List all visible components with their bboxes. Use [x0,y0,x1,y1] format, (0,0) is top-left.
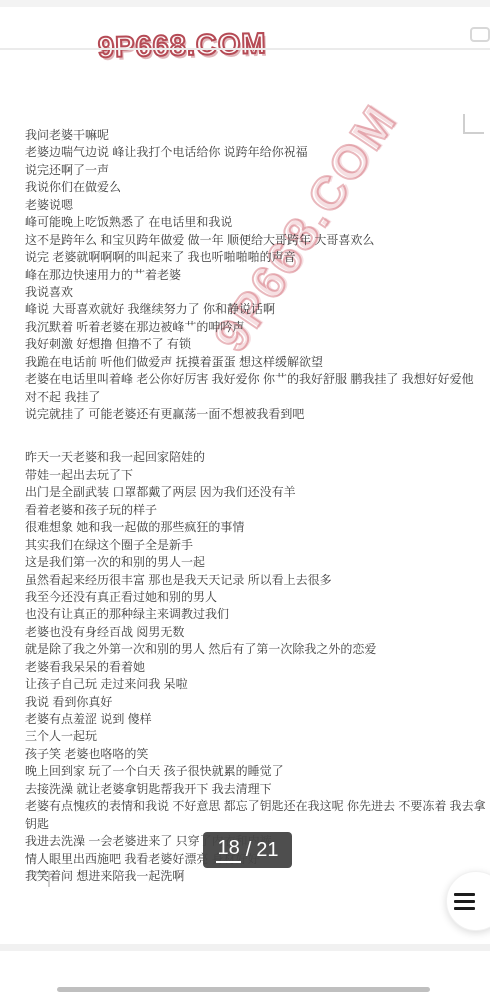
story-line: 我说喜欢 [25,284,490,301]
story-line: 我好刺激 好想撸 但撸不了 有锁 [25,336,490,353]
story-line: 这是我们第一次的和别的男人一起 [25,554,490,571]
story-line: 就是除了我之外第一次和别的男人 然后有了第一次除我之外的恋爱 [25,641,490,658]
story-line: 说完就挂了 可能老婆还有更赢荡一面不想被我看到吧 [25,406,490,423]
reader-page: 9P668.COM 9P668.COM 我问老婆干嘛呢老婆边喘气边说 峰让我打个… [0,0,490,1000]
story-line: 也没有让真正的那种绿主来调教过我们 [25,606,490,623]
story-line: 老婆看我呆呆的看着她 [25,659,490,676]
story-line: 我至今还没有真正看过她和别的男人 [25,589,490,606]
story-line: 三个人一起玩 [25,728,490,745]
site-watermark-header: 9P668.COM [98,28,267,65]
story-line: 去接洗澡 就让老婆拿钥匙帮我开下 我去清理下 [25,781,490,798]
story-text: 我问老婆干嘛呢老婆边喘气边说 峰让我打个电话给你 说跨年给你祝福说完还啊了一声我… [25,127,490,885]
story-line: 峰在那边快速用力的艹着老婆 [25,267,490,284]
story-line: 我说你们在做爱么 [25,179,490,196]
story-line: 我问老婆干嘛呢 [25,127,490,144]
story-line: 看着老婆和孩子玩的样子 [25,502,490,519]
story-line: 说完 老婆就啊啊啊的叫起来了 我也听啪啪啪的声音 [25,249,490,266]
story-line: 很难想象 她和我一起做的那些疯狂的事情 [25,519,490,536]
story-line: 虽然看起来经历很丰富 那也是我天天记录 所以看上去很多 [25,572,490,589]
hamburger-icon [454,893,475,910]
story-line: 说完还啊了一声 [25,162,490,179]
story-line: 老婆也没有身经百战 阅男无数 [25,624,490,641]
story-line: 让孩子自己玩 走过来问我 呆啦 [25,676,490,693]
story-line: 我说 看到你真好 [25,694,490,711]
story-line: 昨天一天老婆和我一起回家陪娃的 [25,449,490,466]
story-line: 峰说 大哥喜欢就好 我继续努力了 你和静说话啊 [25,301,490,318]
page-indicator-toast[interactable]: 18 / 21 [203,832,292,868]
story-line: 老婆有点愧疚的表情和我说 不好意思 都忘了钥匙还在我这呢 你先进去 不要冻着 我… [25,798,490,815]
story-paragraph: 我问老婆干嘛呢老婆边喘气边说 峰让我打个电话给你 说跨年给你祝福说完还啊了一声我… [25,127,490,423]
story-line: 老婆边喘气边说 峰让我打个电话给你 说跨年给你祝福 [25,144,490,161]
page-current-number[interactable]: 18 [216,837,240,863]
story-line: 老婆说嗯 [25,197,490,214]
horizontal-scrollbar[interactable] [57,987,430,992]
story-line: 老婆有点羞涩 说到 傻样 [25,711,490,728]
story-line: 这不是跨年么 和宝贝跨年做爱 做一年 顺便给大哥跨年 大哥喜欢么 [25,232,490,249]
story-line: 我笑着问 想进来陪我一起洗啊 [25,868,490,885]
footer-band [0,944,490,951]
story-line: 我跪在电话前 听他们做爱声 抚摸着蛋蛋 想这样缓解欲望 [25,354,490,371]
story-line: 带娃一起出去玩了下 [25,467,490,484]
header-divider [0,48,490,50]
story-line: 我沉默着 听着老婆在那边被峰艹的呻吟声 [25,319,490,336]
page-separator: / [246,839,252,862]
page-edge-mark [470,27,490,42]
top-edge-strip [0,0,490,7]
story-line: 老婆在电话里叫着峰 老公你好厉害 我好爱你 你艹的我好舒服 鹏我挂了 我想好好爱… [25,371,490,388]
story-line: 出门是全副武装 口罩都戴了两层 因为我们还没有羊 [25,484,490,501]
story-line: 钥匙 [25,816,490,833]
story-line: 孩子笑 老婆也咯咯的笑 [25,746,490,763]
story-paragraph: 昨天一天老婆和我一起回家陪娃的带娃一起出去玩了下出门是全副武装 口罩都戴了两层 … [25,449,490,885]
story-line: 其实我们在绿这个圈子全是新手 [25,537,490,554]
story-line: 峰可能晚上吃饭熟悉了 在电话里和我说 [25,214,490,231]
page-total-number: 21 [256,839,278,862]
story-line: 晚上回到家 玩了一个白天 孩子很快就累的睡觉了 [25,763,490,780]
story-line: 对不起 我挂了 [25,389,490,406]
